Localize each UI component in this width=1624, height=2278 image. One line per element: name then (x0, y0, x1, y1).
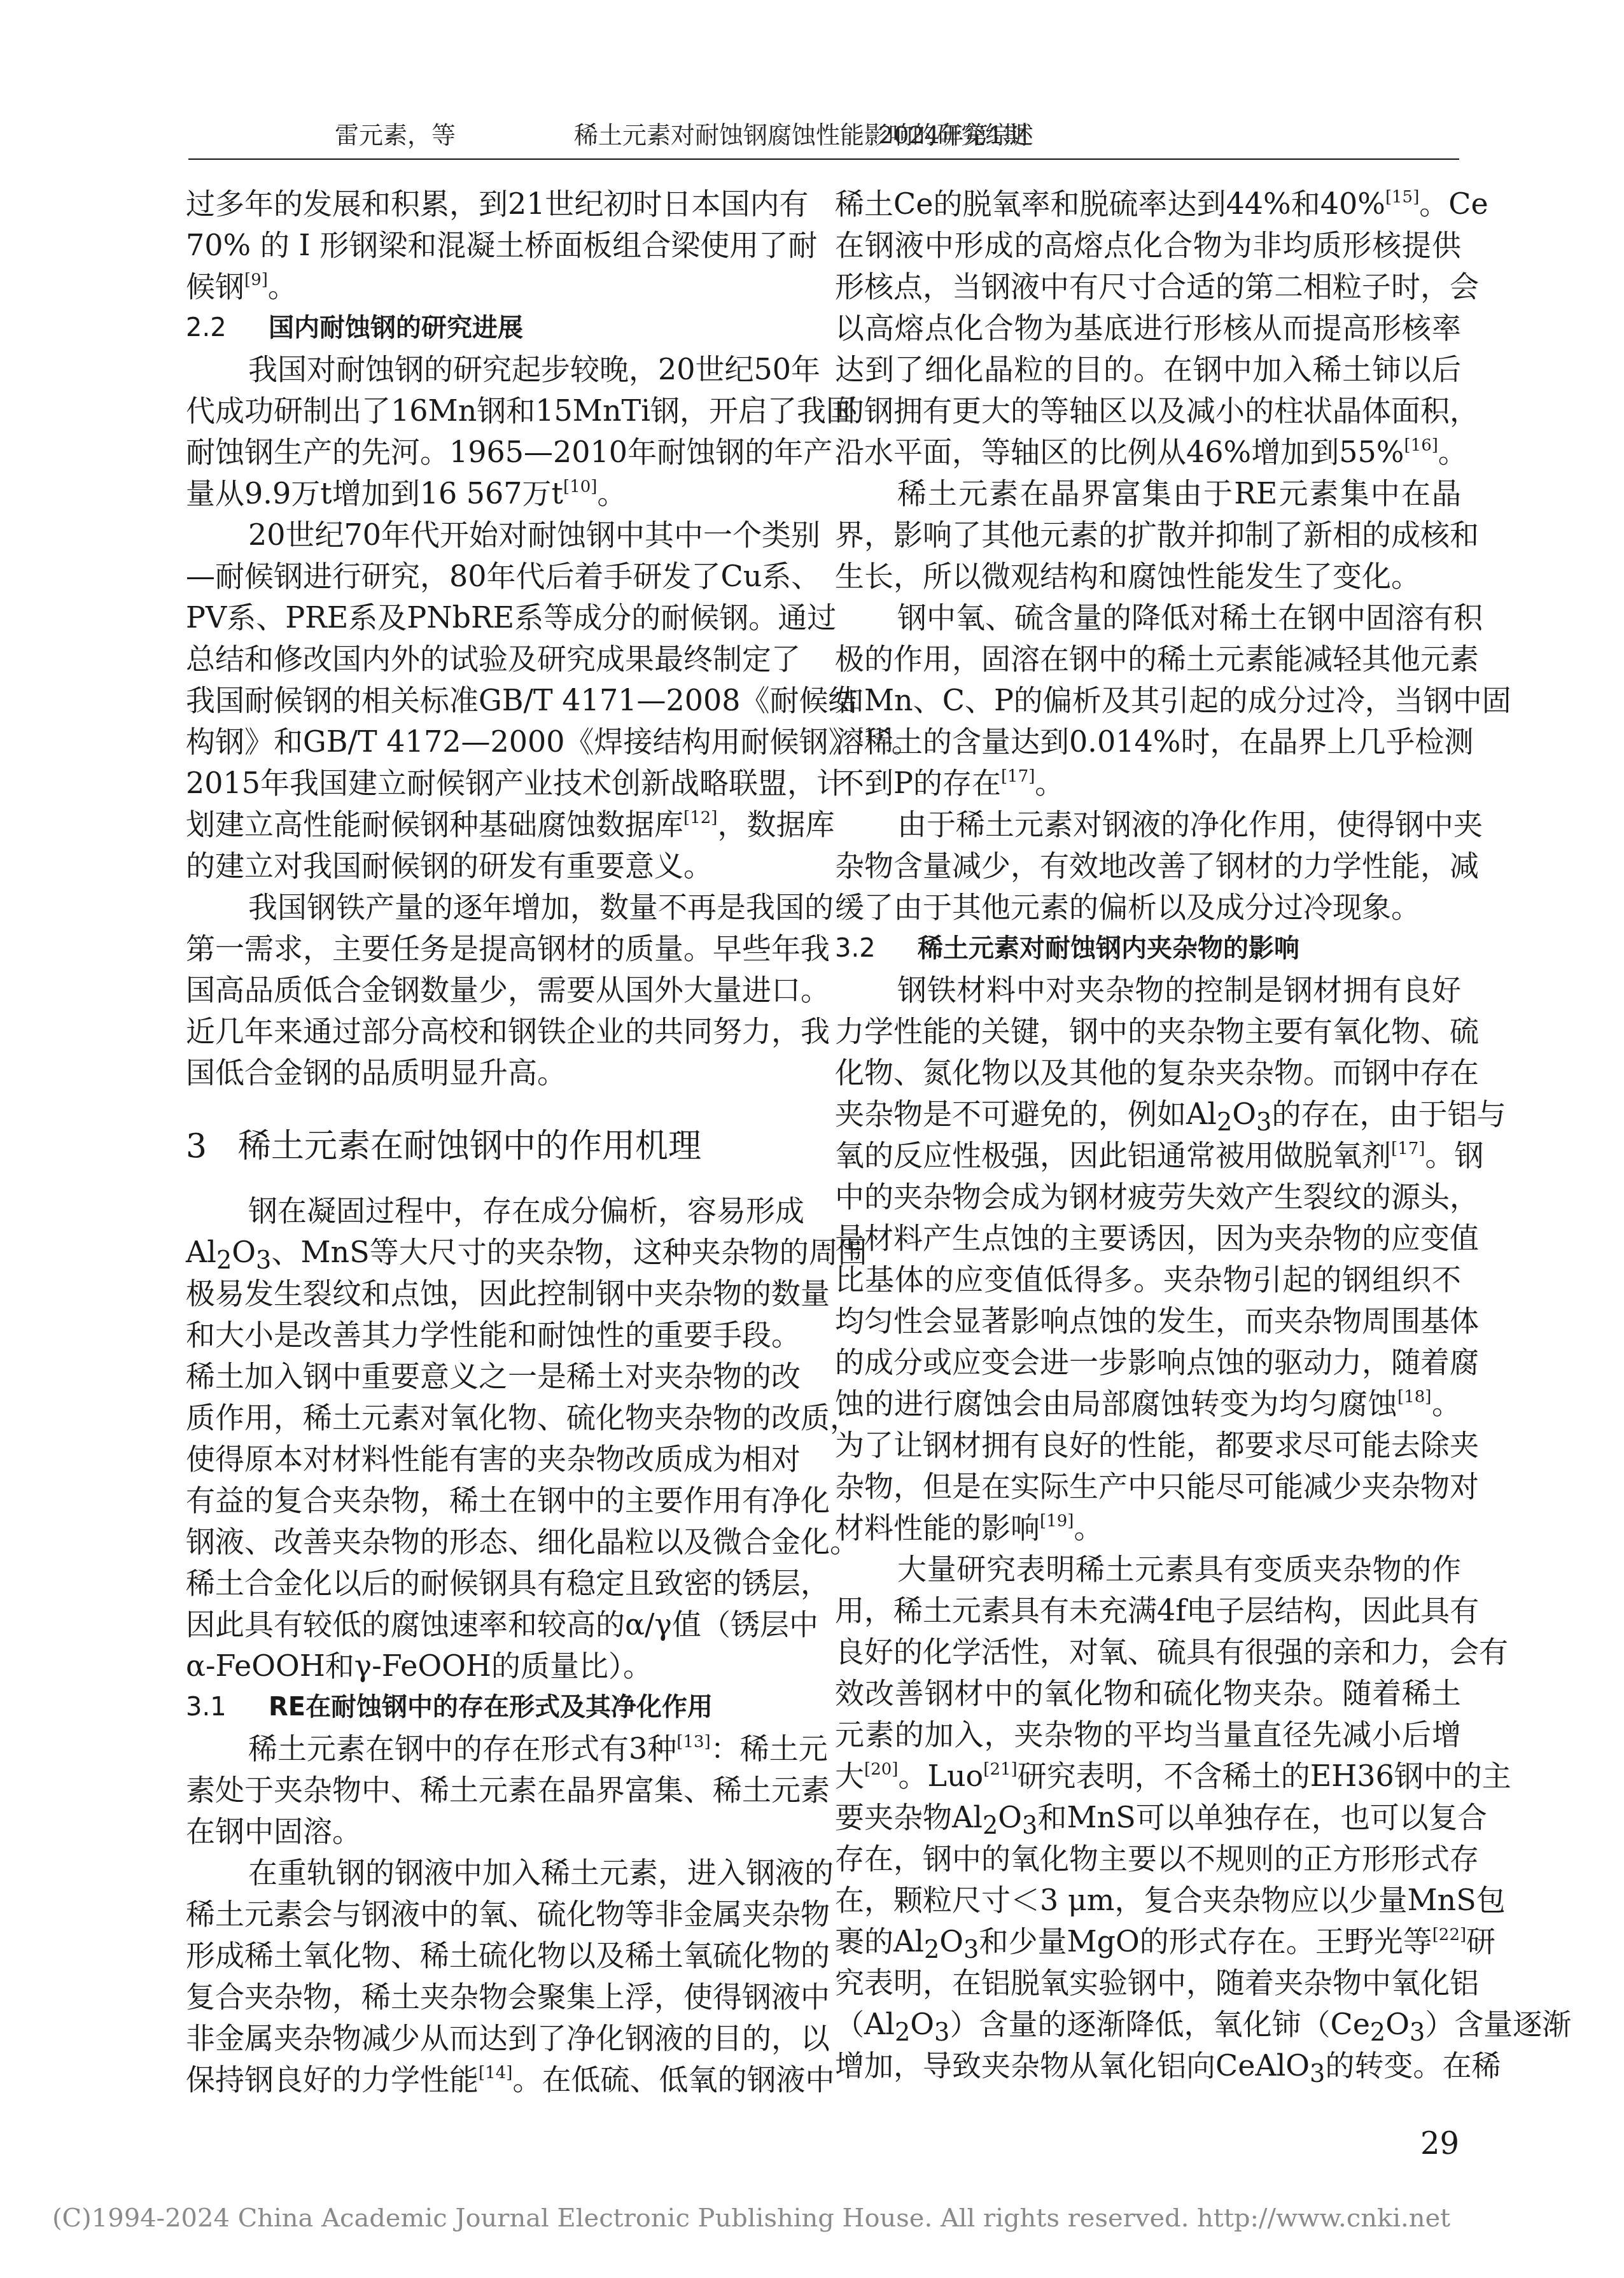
text-run: 和MnS可以单独存在，也可以复合 (1037, 1800, 1487, 1834)
section-heading-3: 3稀土元素在耐蚀钢中的作用机理 (186, 1105, 790, 1188)
subscript: 3 (1410, 2018, 1425, 2047)
text-line: 总结和修改国内外的试验及研究成果最终制定了 (186, 638, 790, 680)
right-column: 稀土Ce的脱氧率和脱硫率达到44%和40%[15]。Ce 在钢液中形成的高熔点化… (835, 183, 1461, 2086)
text-run: 。 (1438, 435, 1467, 469)
paragraph: 我国对耐蚀钢的研究起步较晚，20世纪50年 代成功研制出了16Mn钢和15MnT… (186, 349, 790, 514)
text-line: 裹的Al2O3和少量MgO的形式存在。王野光等[22]研 (835, 1921, 1461, 1962)
citation-ref[interactable]: [15] (1385, 188, 1419, 207)
text-run: 夹杂物是不可避免的，例如 (835, 1097, 1186, 1131)
chem-formula: O (998, 1800, 1022, 1834)
text-line: 均匀性会显著影响点蚀的发生，而夹杂物周围基体 (835, 1300, 1461, 1342)
text-run: 。在低硫、低氧的钢液中 (512, 2062, 834, 2097)
subscript: 2 (216, 1246, 232, 1275)
subscript: 3 (1022, 1811, 1037, 1840)
text-line: —耐候钢进行研究，80年代后着手研发了Cu系、 (186, 556, 790, 597)
text-run: 量从9.9万t增加到16 567万t (186, 476, 563, 510)
subscript: 3 (963, 1936, 979, 1964)
text-line: 材料性能的影响[19]。 (835, 1507, 1461, 1549)
text-line: 在钢中固溶。 (186, 1811, 790, 1852)
text-line: 过多年的发展和积累，到21世纪初时日本国内有 (186, 183, 790, 225)
section-title: RE在耐蚀钢中的存在形式及其净化作用 (269, 1692, 713, 1722)
text-line: 钢液、改善夹杂物的形态、细化晶粒以及微合金化。 (186, 1521, 790, 1563)
text-run: 蚀的进行腐蚀会由局部腐蚀转变为均匀腐蚀 (835, 1386, 1397, 1421)
paragraph: 稀土Ce的脱氧率和脱硫率达到44%和40%[15]。Ce 在钢液中形成的高熔点化… (835, 183, 1461, 473)
text-run: 。钢 (1425, 1138, 1483, 1172)
text-line: 非金属夹杂物减少从而达到了净化钢液的目的，以 (186, 2018, 790, 2059)
text-run: ）含量的逐渐降低，氧化铈（ (949, 2007, 1330, 2041)
page-number: 29 (1400, 2125, 1459, 2163)
section-number: 3 (186, 1105, 238, 1188)
text-line: 和大小是改善其力学性能和耐蚀性的重要手段。 (186, 1314, 790, 1356)
subscript: 3 (934, 2018, 949, 2047)
chem-formula: O (1385, 2007, 1410, 2041)
paragraph: 20世纪70年代开始对耐蚀钢中其中一个类别 —耐候钢进行研究，80年代后着手研发… (186, 514, 790, 887)
paragraph: 我国钢铁产量的逐年增加，数量不再是我国的 第一需求，主要任务是提高钢材的质量。早… (186, 887, 790, 1093)
text-line: 稀土Ce的脱氧率和脱硫率达到44%和40%[15]。Ce (835, 183, 1461, 225)
subscript: 2 (895, 2018, 910, 2047)
text-run: 。 (1074, 1510, 1103, 1545)
text-run: 沿水平面，等轴区的比例从46%增加到55% (835, 435, 1404, 469)
text-line: （Al2O3）含量的逐渐降低，氧化铈（Ce2O3）含量逐渐 (835, 2004, 1461, 2045)
text-line: 复合夹杂物，稀土夹杂物会聚集上浮，使得钢液中 (186, 1976, 790, 2018)
text-run: 和少量MgO的形式存在。王野光等 (979, 1924, 1432, 1958)
subscript: 2 (1217, 1108, 1232, 1137)
text-run: 、MnS等大尺寸的夹杂物，这种夹杂物的周围 (271, 1235, 867, 1269)
subscript: 2 (983, 1811, 998, 1840)
section-number: 3.2 (835, 928, 918, 969)
text-line: 我国耐候钢的相关标准GB/T 4171—2008《耐候结 (186, 680, 790, 721)
citation-ref[interactable]: [14] (479, 2064, 512, 2083)
text-run: （ (835, 2007, 864, 2041)
text-line: 在钢液中形成的高熔点化合物为非均质形核提供 (835, 225, 1461, 266)
section-title: 稀土元素在耐蚀钢中的作用机理 (238, 1127, 701, 1165)
text-line: 溶稀土的含量达到0.014%时，在晶界上几乎检测 (835, 721, 1461, 763)
text-line: 稀土合金化以后的耐候钢具有稳定且致密的锈层， (186, 1563, 790, 1604)
citation-ref[interactable]: [21] (983, 1760, 1017, 1779)
text-line: 使得原本对材料性能有害的夹杂物改质成为相对 (186, 1438, 790, 1480)
text-line: 划建立高性能耐候钢种基础腐蚀数据库[12]，数据库 (186, 804, 790, 845)
text-run: 保持钢良好的力学性能 (186, 2062, 479, 2097)
text-line: 沿水平面，等轴区的比例从46%增加到55%[16]。 (835, 432, 1461, 473)
subscript: 2 (1370, 2018, 1385, 2047)
subscript: 3 (256, 1246, 271, 1275)
text-line: 良好的化学活性，对氧、硫具有很强的亲和力，会有 (835, 1631, 1461, 1673)
text-line: 用，稀土元素具有未充满4f电子层结构，因此具有 (835, 1590, 1461, 1631)
text-line: 极易发生裂纹和点蚀，因此控制钢中夹杂物的数量 (186, 1273, 790, 1314)
section-number: 2.2 (186, 307, 269, 349)
text-line: 钢在凝固过程中，存在成分偏析，容易形成 (186, 1190, 790, 1232)
text-line: 的钢拥有更大的等轴区以及减小的柱状晶体面积， (835, 390, 1461, 432)
header-rule (188, 158, 1459, 160)
text-line: 我国钢铁产量的逐年增加，数量不再是我国的 (186, 887, 790, 928)
subscript: 2 (924, 1936, 939, 1964)
section-heading-3-2: 3.2稀土元素对耐蚀钢内夹杂物的影响 (835, 928, 1461, 969)
text-run: 候钢 (186, 269, 244, 304)
text-run: ，数据库 (717, 807, 834, 841)
text-run: 。Luo (898, 1759, 983, 1793)
text-line: PV系、PRE系及PNbRE系等成分的耐候钢。通过 (186, 597, 790, 638)
section-heading-2-2: 2.2国内耐蚀钢的研究进展 (186, 307, 790, 349)
text-run: 研 (1466, 1924, 1495, 1958)
citation-ref[interactable]: [9] (244, 271, 268, 290)
text-line: 有益的复合夹杂物，稀土在钢中的主要作用有净化 (186, 1480, 790, 1521)
text-line: 国低合金钢的品质明显升高。 (186, 1052, 790, 1093)
text-line: 极的作用，固溶在钢中的稀土元素能减轻其他元素 (835, 638, 1461, 680)
text-run: 。 (597, 476, 626, 510)
citation-ref[interactable]: [17] (1391, 1139, 1425, 1158)
text-run: 裹的 (835, 1924, 893, 1958)
text-line: 近几年来通过部分高校和钢铁企业的共同努力，我 (186, 1011, 790, 1052)
paragraph: 钢中氧、硫含量的降低对稀土在钢中固溶有积 极的作用，固溶在钢中的稀土元素能减轻其… (835, 597, 1461, 804)
text-line: 耐蚀钢生产的先河。1965—2010年耐蚀钢的年产 (186, 432, 790, 473)
running-head-author: 雷元素，等 (335, 116, 456, 154)
text-line: 代成功研制出了16Mn钢和15MnTi钢，开启了我国 (186, 390, 790, 432)
text-line: 杂物含量减少，有效地改善了钢材的力学性能，减 (835, 845, 1461, 887)
paragraph: 过多年的发展和积累，到21世纪初时日本国内有 70% 的 I 形钢梁和混凝土桥面… (186, 183, 790, 307)
text-run: 研究表明，不含稀土的EH36钢中的主 (1018, 1759, 1511, 1793)
text-line: 由于稀土元素对钢液的净化作用，使得钢中夹 (835, 804, 1461, 845)
text-run: 要夹杂物 (835, 1800, 952, 1834)
citation-ref[interactable]: [18] (1397, 1388, 1431, 1407)
text-line: 的成分或应变会进一步影响点蚀的驱动力，随着腐 (835, 1342, 1461, 1383)
chem-formula: Al (952, 1800, 983, 1834)
paragraph: 钢在凝固过程中，存在成分偏析，容易形成 Al2O3、MnS等大尺寸的夹杂物，这种… (186, 1190, 790, 1687)
paragraph: 大量研究表明稀土元素具有变质夹杂物的作 用，稀土元素具有未充满4f电子层结构，因… (835, 1549, 1461, 2086)
text-line: 在，颗粒尺寸＜3 μm，复合夹杂物应以少量MnS包 (835, 1880, 1461, 1921)
chem-formula: O (910, 2007, 934, 2041)
subscript: 3 (1256, 1108, 1271, 1137)
chem-formula: O (1232, 1097, 1256, 1131)
text-line: 稀土元素在钢中的存在形式有3种[13]：稀土元 (186, 1728, 790, 1769)
text-line: 形核点，当钢液中有尺寸合适的第二相粒子时，会 (835, 266, 1461, 307)
text-line: 比基体的应变值低得多。夹杂物引起的钢组织不 (835, 1259, 1461, 1300)
chem-formula: Al (864, 2007, 895, 2041)
paragraph: 由于稀土元素对钢液的净化作用，使得钢中夹 杂物含量减少，有效地改善了钢材的力学性… (835, 804, 1461, 928)
text-run: 的存在，由于铝与 (1271, 1097, 1506, 1131)
chem-formula: Al (893, 1924, 924, 1958)
text-line: 中的夹杂物会成为钢材疲劳失效产生裂纹的源头， (835, 1176, 1461, 1218)
citation-ref[interactable]: [17] (1001, 767, 1035, 786)
text-run: 大 (835, 1759, 864, 1793)
subscript: 3 (1310, 2060, 1325, 2088)
text-line: 候钢[9]。 (186, 266, 790, 307)
text-line: 缓了由于其他元素的偏析以及成分过冷现象。 (835, 887, 1461, 928)
text-line: 生长，所以微观结构和腐蚀性能发生了变化。 (835, 556, 1461, 597)
text-line: α-FeOOH和γ-FeOOH的质量比）。 (186, 1645, 790, 1687)
text-run: 稀土Ce的脱氧率和脱硫率达到44%和40% (835, 186, 1385, 221)
chem-formula: O (939, 1924, 963, 1958)
text-run: 。Ce (1419, 186, 1488, 221)
text-run: 。 (1035, 766, 1064, 800)
text-run: 材料性能的影响 (835, 1510, 1040, 1545)
left-column: 过多年的发展和积累，到21世纪初时日本国内有 70% 的 I 形钢梁和混凝土桥面… (186, 183, 790, 2100)
text-line: 20世纪70年代开始对耐蚀钢中其中一个类别 (186, 514, 790, 556)
text-line: 达到了细化晶粒的目的。在钢中加入稀土铈以后 (835, 349, 1461, 390)
text-line: Al2O3、MnS等大尺寸的夹杂物，这种夹杂物的周围 (186, 1232, 790, 1273)
text-run: 。 (268, 269, 297, 304)
citation-ref[interactable]: [19] (1040, 1512, 1074, 1531)
text-run: 。 (1431, 1386, 1461, 1421)
paragraph: 稀土元素在晶界富集由于RE元素集中在晶 界，影响了其他元素的扩散并抑制了新相的成… (835, 473, 1461, 597)
text-line: 存在，钢中的氧化物主要以不规则的正方形形式存 (835, 1838, 1461, 1880)
text-line: 我国对耐蚀钢的研究起步较晚，20世纪50年 (186, 349, 790, 390)
paragraph: 在重轨钢的钢液中加入稀土元素，进入钢液的 稀土元素会与钢液中的氧、硫化物等非金属… (186, 1852, 790, 2100)
copyright-notice: (C)1994-2024 China Academic Journal Elec… (52, 2199, 1450, 2237)
citation-ref[interactable]: [12] (683, 808, 717, 827)
text-line: 2015年我国建立耐候钢产业技术创新战略联盟，计 (186, 763, 790, 804)
text-line: 元素的加入，夹杂物的平均当量直径先减小后增 (835, 1714, 1461, 1755)
text-line: 大[20]。Luo[21]研究表明，不含稀土的EH36钢中的主 (835, 1755, 1461, 1797)
paragraph: 钢铁材料中对夹杂物的控制是钢材拥有良好 力学性能的关键，钢中的夹杂物主要有氧化物… (835, 969, 1461, 1549)
text-line: 力学性能的关键，钢中的夹杂物主要有氧化物、硫 (835, 1011, 1461, 1052)
text-line: 不到P的存在[17]。 (835, 763, 1461, 804)
text-line: 以高熔点化合物为基底进行形核从而提高形核率 (835, 307, 1461, 349)
text-line: 增加，导致夹杂物从氧化铝向CeAlO3的转变。在稀 (835, 2045, 1461, 2086)
chem-formula: Ce (1330, 2007, 1369, 2041)
text-line: 夹杂物是不可避免的，例如Al2O3的存在，由于铝与 (835, 1093, 1461, 1135)
text-run: ）含量逐渐 (1425, 2007, 1571, 2041)
text-line: 大量研究表明稀土元素具有变质夹杂物的作 (835, 1549, 1461, 1590)
text-line: 要夹杂物Al2O3和MnS可以单独存在，也可以复合 (835, 1797, 1461, 1838)
text-line: 的建立对我国耐候钢的研发有重要意义。 (186, 845, 790, 887)
text-line: 因此具有较低的腐蚀速率和较高的α/γ值（锈层中 (186, 1604, 790, 1645)
text-line: 为了让钢材拥有良好的性能，都要求尽可能去除夹 (835, 1424, 1461, 1466)
text-line: 氧的反应性极强，因此铝通常被用做脱氧剂[17]。钢 (835, 1135, 1461, 1176)
section-heading-3-1: 3.1RE在耐蚀钢中的存在形式及其净化作用 (186, 1687, 790, 1728)
text-run: ：稀土元 (711, 1731, 828, 1766)
text-line: 稀土元素会与钢液中的氧、硫化物等非金属夹杂物 (186, 1894, 790, 1935)
text-line: 稀土元素在晶界富集由于RE元素集中在晶 (835, 473, 1461, 514)
text-line: 形成稀土氧化物、稀土硫化物以及稀土氧硫化物的 (186, 1935, 790, 1976)
chem-formula: Al (186, 1235, 216, 1269)
text-line: 在重轨钢的钢液中加入稀土元素，进入钢液的 (186, 1852, 790, 1894)
text-run: 稀土元素在钢中的存在形式有3种 (248, 1731, 676, 1766)
text-line: 构钢》和GB/T 4172—2000《焊接结构用耐候钢》[11]。 (186, 721, 790, 763)
running-head: 雷元素，等 稀土元素对耐蚀钢腐蚀性能影响的研究综述 2024年第1期 (188, 116, 1459, 154)
citation-ref[interactable]: [10] (563, 477, 597, 496)
text-line: 究表明，在铝脱氧实验钢中，随着夹杂物中氧化铝 (835, 1962, 1461, 2004)
citation-ref[interactable]: [16] (1404, 436, 1438, 455)
text-line: 效改善钢材中的氧化物和硫化物夹杂。随着稀土 (835, 1673, 1461, 1714)
text-run: 划建立高性能耐候钢种基础腐蚀数据库 (186, 807, 683, 841)
citation-ref[interactable]: [22] (1432, 1925, 1466, 1944)
text-line: 保持钢良好的力学性能[14]。在低硫、低氧的钢液中 (186, 2059, 790, 2100)
section-title: 稀土元素对耐蚀钢内夹杂物的影响 (918, 934, 1299, 963)
text-run: 构钢》和GB/T 4172—2000《焊接结构用耐候钢》 (186, 724, 857, 759)
text-run: 氧的反应性极强，因此铝通常被用做脱氧剂 (835, 1138, 1391, 1172)
text-line: 杂物，但是在实际生产中只能尽可能减少夹杂物对 (835, 1466, 1461, 1507)
chem-formula: Al (1186, 1097, 1217, 1131)
text-line: 第一需求，主要任务是提高钢材的质量。早些年我 (186, 928, 790, 969)
text-line: 素处于夹杂物中、稀土元素在晶界富集、稀土元素 (186, 1769, 790, 1811)
paragraph: 稀土元素在钢中的存在形式有3种[13]：稀土元 素处于夹杂物中、稀土元素在晶界富… (186, 1728, 790, 1852)
text-run: 增加，导致夹杂物从氧化铝向CeAlO (835, 2048, 1310, 2083)
text-run: 不到P的存在 (835, 766, 1001, 800)
text-run: 的转变。在稀 (1325, 2048, 1501, 2083)
text-line: 国高品质低合金钢数量少，需要从国外大量进口。 (186, 969, 790, 1011)
citation-ref[interactable]: [20] (864, 1760, 898, 1779)
section-title: 国内耐蚀钢的研究进展 (269, 313, 523, 342)
running-head-issue: 2024年第1期 (878, 116, 1028, 154)
section-number: 3.1 (186, 1687, 269, 1728)
text-line: 如Mn、C、P的偏析及其引起的成分过冷，当钢中固 (835, 680, 1461, 721)
chem-formula: O (232, 1235, 256, 1269)
text-line: 量从9.9万t增加到16 567万t[10]。 (186, 473, 790, 514)
text-line: 蚀的进行腐蚀会由局部腐蚀转变为均匀腐蚀[18]。 (835, 1383, 1461, 1424)
citation-ref[interactable]: [13] (676, 1733, 710, 1752)
text-line: 界，影响了其他元素的扩散并抑制了新相的成核和 (835, 514, 1461, 556)
text-line: 稀土加入钢中重要意义之一是稀土对夹杂物的改 (186, 1356, 790, 1397)
text-line: 化物、氮化物以及其他的复杂夹杂物。而钢中存在 (835, 1052, 1461, 1093)
text-line: 钢铁材料中对夹杂物的控制是钢材拥有良好 (835, 969, 1461, 1011)
text-line: 是材料产生点蚀的主要诱因，因为夹杂物的应变值 (835, 1218, 1461, 1259)
text-line: 钢中氧、硫含量的降低对稀土在钢中固溶有积 (835, 597, 1461, 638)
text-line: 质作用，稀土元素对氧化物、硫化物夹杂物的改质， (186, 1397, 790, 1438)
text-line: 70% 的 I 形钢梁和混凝土桥面板组合梁使用了耐 (186, 225, 790, 266)
